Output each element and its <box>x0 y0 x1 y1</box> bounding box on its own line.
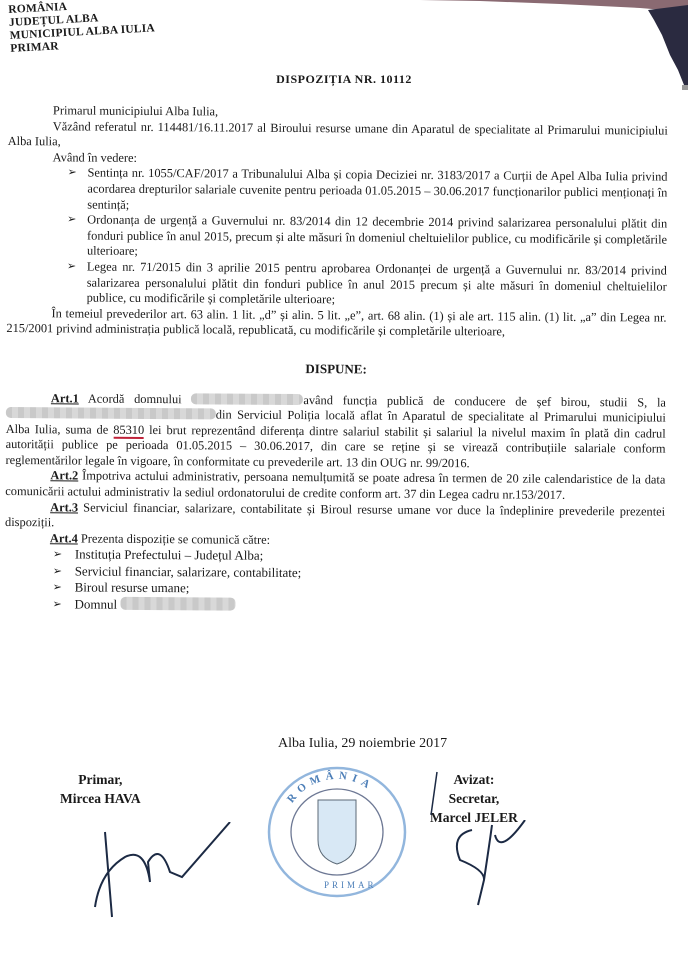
svg-text:PRIMAR: PRIMAR <box>324 880 377 890</box>
mayor-handwritten-signature-icon <box>90 822 250 932</box>
dispune-heading: DISPUNE: <box>6 359 666 379</box>
redacted-name <box>191 393 303 405</box>
article-1: Art.1 Acordă domnului având funcția publ… <box>5 390 666 473</box>
article-label: Art.3 <box>50 500 78 514</box>
official-stamp-icon: ROMÂNIA PRIMAR <box>262 760 412 900</box>
arrow-bullet-icon: ➢ <box>53 547 62 564</box>
document-title: DISPOZIȚIA NR. 10112 <box>0 72 688 87</box>
secretary-handwritten-signature-icon <box>440 820 550 920</box>
arrow-bullet-icon: ➢ <box>67 166 76 182</box>
list-item: ➢Domnul <box>4 596 664 617</box>
article-label: Art.1 <box>51 391 79 405</box>
arrow-bullet-icon: ➢ <box>67 213 76 229</box>
signer-role: Primar, <box>60 770 141 789</box>
legal-grounds: În temeiul prevederilor art. 63 alin. 1 … <box>6 306 666 342</box>
document-body: Primarul municipiului Alba Iulia, Văzând… <box>4 103 668 617</box>
list-item: ➢Ordonanța de urgență a Guvernului nr. 8… <box>7 212 667 263</box>
recipients-list: ➢Instituția Prefectului – Județul Alba; … <box>4 546 664 617</box>
article-label: Art.2 <box>50 469 78 483</box>
article-2: Art.2 Împotriva actului administrativ, p… <box>5 468 665 504</box>
pen-stroke-icon <box>425 770 445 820</box>
article-label: Art.4 <box>50 531 78 545</box>
amount-value: 85310 <box>113 422 144 438</box>
redacted-name <box>120 597 235 611</box>
preamble-referral: Văzând referatul nr. 114481/16.11.2017 a… <box>8 119 668 155</box>
document-page: ROMÂNIA JUDEȚUL ALBA MUNICIPIUL ALBA IUL… <box>0 0 688 960</box>
arrow-bullet-icon: ➢ <box>52 596 61 613</box>
legal-basis-list: ➢Sentința nr. 1055/CAF/2017 a Tribunalul… <box>7 165 668 310</box>
mayor-signature-block: Primar, Mircea HAVA <box>60 770 141 808</box>
redacted-position <box>6 407 216 419</box>
arrow-bullet-icon: ➢ <box>67 259 76 275</box>
issuer-header: ROMÂNIA JUDEȚUL ALBA MUNICIPIUL ALBA IUL… <box>8 0 156 56</box>
article-3: Art.3 Serviciul financiar, salarizare, c… <box>5 500 665 536</box>
arrow-bullet-icon: ➢ <box>53 580 62 597</box>
list-item: ➢Sentința nr. 1055/CAF/2017 a Tribunalul… <box>7 165 667 216</box>
place-date: Alba Iulia, 29 noiembrie 2017 <box>278 736 447 752</box>
arrow-bullet-icon: ➢ <box>53 563 62 580</box>
signer-name: Mircea HAVA <box>60 789 141 808</box>
list-item: ➢Legea nr. 71/2015 din 3 aprilie 2015 pe… <box>7 259 667 310</box>
